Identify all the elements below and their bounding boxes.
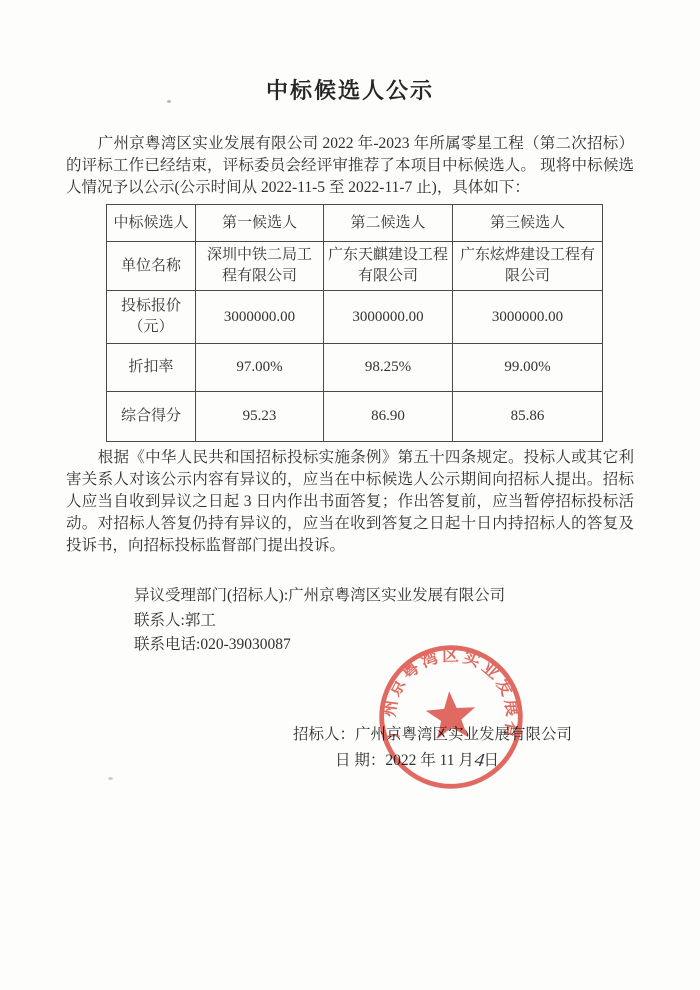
handwritten-day: 4 (473, 747, 486, 773)
row-label: 单位名称 (107, 242, 196, 291)
table-row: 单位名称 深圳中铁二局工程有限公司 广东天麒建设工程有限公司 广东炫烨建设工程有… (107, 242, 603, 291)
table-header-cell: 第一候选人 (196, 205, 324, 242)
table-cell: 95.23 (196, 392, 324, 442)
signature-block: 招标人：广州京粤湾区实业发展有限公司 日 期：2022 年 11 月4日 (293, 722, 572, 773)
table-cell: 广东炫烨建设工程有限公司 (453, 242, 603, 291)
contact-phone-value: 020-39030087 (200, 636, 290, 653)
table-header-cell: 第二候选人 (324, 205, 453, 242)
bid-candidates-table: 中标候选人 第一候选人 第二候选人 第三候选人 单位名称 深圳中铁二局工程有限公… (106, 204, 603, 442)
date-prefix: 日 期：2022 年 11 月 (335, 752, 474, 769)
signature-bidder-line: 招标人：广州京粤湾区实业发展有限公司 (293, 722, 572, 747)
document-page: 中标候选人公示 广州京粤湾区实业发展有限公司 2022 年-2023 年所属零星… (0, 0, 700, 990)
contact-department-line: 异议受理部门(招标人):广州京粤湾区实业发展有限公司 (134, 584, 505, 609)
contact-department-value: 广州京粤湾区实业发展有限公司 (288, 587, 505, 604)
table-cell: 深圳中铁二局工程有限公司 (196, 242, 324, 291)
scan-speck (108, 777, 113, 780)
contact-person-label: 联系人: (134, 612, 185, 629)
table-row: 投标报价（元） 3000000.00 3000000.00 3000000.00 (107, 291, 603, 344)
page-title: 中标候选人公示 (0, 74, 700, 105)
table-header-cell: 中标候选人 (107, 205, 196, 242)
row-label: 投标报价（元） (107, 291, 196, 344)
contact-block: 异议受理部门(招标人):广州京粤湾区实业发展有限公司 联系人:郭工 联系电话:0… (134, 584, 505, 658)
notice-paragraph: 根据《中华人民共和国招标投标实施条例》第五十四条规定。投标人或其它利害关系人对该… (66, 447, 634, 557)
table-cell: 3000000.00 (324, 291, 453, 344)
seal-graphic: 广州京粤湾区实业发展有限公司 (369, 635, 533, 799)
contact-person-value: 郭工 (185, 612, 216, 629)
table-cell: 98.25% (324, 344, 453, 392)
table-cell: 99.00% (453, 344, 603, 392)
bidder-label: 招标人： (293, 726, 355, 743)
intro-paragraph: 广州京粤湾区实业发展有限公司 2022 年-2023 年所属零星工程（第二次招标… (66, 133, 634, 199)
bidder-name: 广州京粤湾区实业发展有限公司 (355, 726, 572, 743)
row-label: 综合得分 (107, 392, 196, 442)
contact-phone-line: 联系电话:020-39030087 (134, 633, 505, 658)
contact-phone-label: 联系电话: (134, 636, 200, 653)
table-cell: 广东天麒建设工程有限公司 (324, 242, 453, 291)
company-seal: 广州京粤湾区实业发展有限公司 (369, 635, 533, 799)
table-row: 折扣率 97.00% 98.25% 99.00% (107, 344, 603, 392)
table-cell: 3000000.00 (196, 291, 324, 344)
row-label: 折扣率 (107, 344, 196, 392)
scan-speck (167, 100, 171, 103)
table-row: 综合得分 95.23 86.90 85.86 (107, 392, 603, 442)
table-header-row: 中标候选人 第一候选人 第二候选人 第三候选人 (107, 205, 603, 242)
signature-date-line: 日 期：2022 年 11 月4日 (293, 747, 572, 773)
contact-department-label: 异议受理部门(招标人): (134, 587, 288, 604)
table-cell: 97.00% (196, 344, 324, 392)
table-cell: 85.86 (453, 392, 603, 442)
table-cell: 86.90 (324, 392, 453, 442)
table-header-cell: 第三候选人 (453, 205, 603, 242)
table-cell: 3000000.00 (453, 291, 603, 344)
contact-person-line: 联系人:郭工 (134, 609, 505, 634)
